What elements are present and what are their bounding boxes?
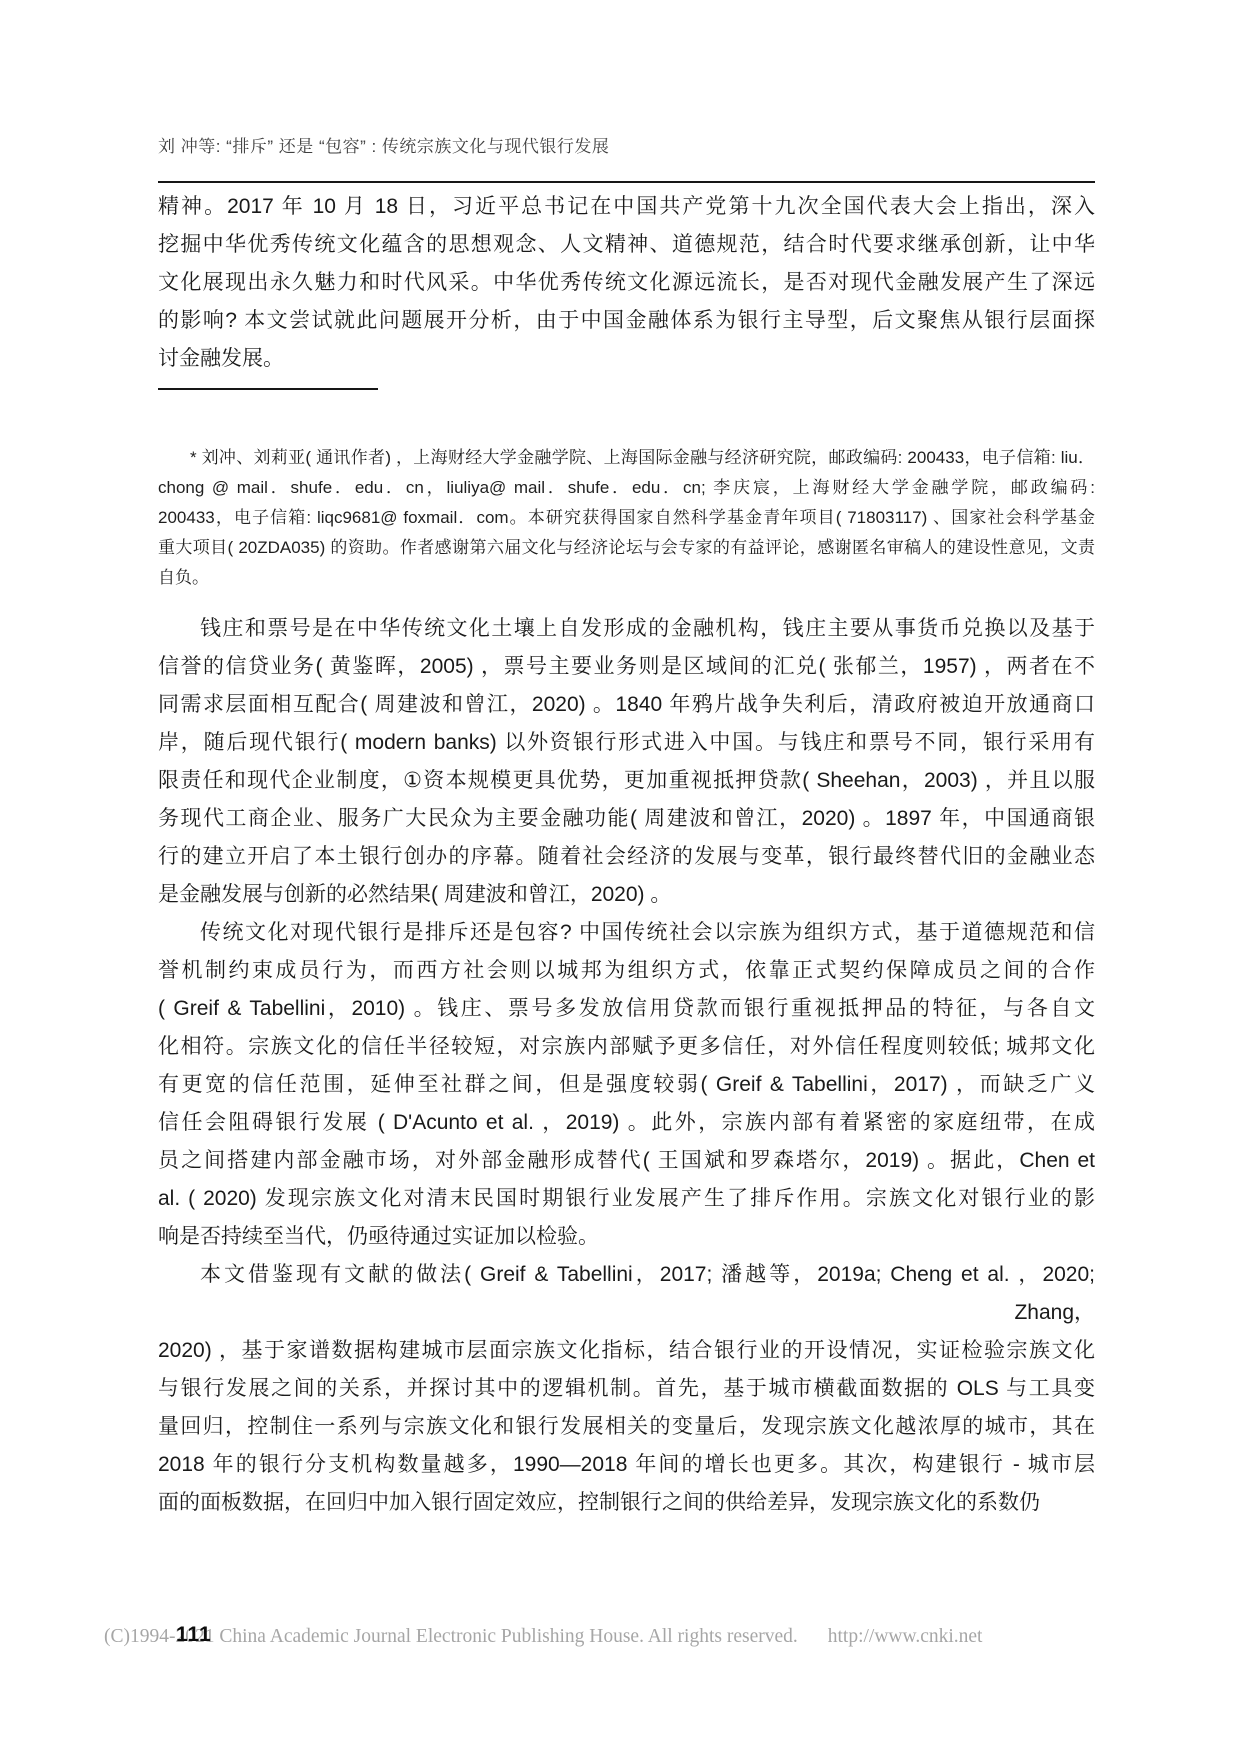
body-line: 量回归，控制住一系列与宗族文化和银行发展相关的变量后，发现宗族文化越浓厚的城市，… [158, 1408, 1095, 1446]
journal-page: 刘 冲等: “排斥” 还是 “包容” : 传统宗族文化与现代银行发展 精神。20… [0, 0, 1240, 1754]
text-line: 精神。2017 年 10 月 18 日，习近平总书记在中国共产党第十九次全国代表… [158, 188, 1095, 226]
body-line: 信誉的信贷业务( 黄鉴晖，2005) ，票号主要业务则是区域间的汇兑( 张郁兰，… [158, 648, 1095, 686]
body-line: 化相符。宗族文化的信任半径较短，对宗族内部赋予更多信任，对外信任程度则较低; 城… [158, 1028, 1095, 1066]
body-line: 传统文化对现代银行是排斥还是包容? 中国传统社会以宗族为组织方式，基于道德规范和… [158, 914, 1095, 952]
footnote-line: 200433，电子信箱: liqc9681@ foxmail．com。本研究获得… [158, 503, 1095, 533]
footnote-block: * 刘冲、刘莉亚( 通讯作者) ，上海财经大学金融学院、上海国际金融与经济研究院… [158, 443, 1095, 593]
body-line: 行的建立开启了本土银行创办的序幕。随着社会经济的发展与变革，银行最终替代旧的金融… [158, 838, 1095, 876]
header-rule [158, 181, 1095, 183]
body-line: ( Greif & Tabellini，2010) 。钱庄、票号多发放信用贷款而… [158, 990, 1095, 1028]
footnote-line: 自负。 [158, 563, 1095, 593]
footnote-separator-rule [158, 388, 378, 390]
intro-paragraph: 精神。2017 年 10 月 18 日，习近平总书记在中国共产党第十九次全国代表… [158, 188, 1095, 378]
body-paragraphs: 钱庄和票号是在中华传统文化土壤上自发形成的金融机构，钱庄主要从事货币兑换以及基于… [158, 610, 1095, 1522]
text-line: 的影响? 本文尝试就此问题展开分析，由于中国金融体系为银行主导型，后文聚焦从银行… [158, 302, 1095, 340]
body-line: 务现代工商企业、服务广大民众为主要金融功能( 周建波和曾江，2020) 。189… [158, 800, 1095, 838]
footnote-line: chong @ mail．shufe．edu．cn，liuliya@ mail．… [158, 473, 1095, 503]
cnki-url: http://www.cnki.net [828, 1626, 983, 1647]
body-line: 岸，随后现代银行( modern banks) 以外资银行形式进入中国。与钱庄和… [158, 724, 1095, 762]
body-line: 有更宽的信任范围，延伸至社群之间，但是强度较弱( Greif & Tabelli… [158, 1066, 1095, 1104]
copyright-line: (C)1994-2021 China Academic Journal Elec… [104, 1626, 1164, 1648]
body-line: 2020) ，基于家谱数据构建城市层面宗族文化指标，结合银行业的开设情况，实证检… [158, 1332, 1095, 1370]
text-line: 讨金融发展。 [158, 340, 1095, 378]
body-line: 限责任和现代企业制度，①资本规模更具优势，更加重视抵押贷款( Sheehan，2… [158, 762, 1095, 800]
body-line: 面的面板数据，在回归中加入银行固定效应，控制银行之间的供给差异，发现宗族文化的系… [158, 1484, 1095, 1522]
body-line: al. ( 2020) 发现宗族文化对清末民国时期银行业发展产生了排斥作用。宗族… [158, 1180, 1095, 1218]
body-line: Zhang， [158, 1294, 1095, 1332]
body-line: 同需求层面相互配合( 周建波和曾江，2020) 。1840 年鸦片战争失利后，清… [158, 686, 1095, 724]
body-line: 与银行发展之间的关系，并探讨其中的逻辑机制。首先，基于城市横截面数据的 OLS … [158, 1370, 1095, 1408]
page-number: 111 [176, 1623, 212, 1647]
body-line: 信任会阻碍银行发展 ( D'Acunto et al. ，2019) 。此外，宗… [158, 1104, 1095, 1142]
body-line: 钱庄和票号是在中华传统文化土壤上自发形成的金融机构，钱庄主要从事货币兑换以及基于 [158, 610, 1095, 648]
footnote-line: * 刘冲、刘莉亚( 通讯作者) ，上海财经大学金融学院、上海国际金融与经济研究院… [158, 443, 1095, 473]
body-line: 员之间搭建内部金融市场，对外部金融形成替代( 王国斌和罗森塔尔，2019) 。据… [158, 1142, 1095, 1180]
text-line: 文化展现出永久魅力和时代风采。中华优秀传统文化源远流长，是否对现代金融发展产生了… [158, 264, 1095, 302]
body-line: 响是否持续至当代，仍亟待通过实证加以检验。 [158, 1218, 1095, 1256]
body-line: 是金融发展与创新的必然结果( 周建波和曾江，2020) 。 [158, 876, 1095, 914]
body-line: 誉机制约束成员行为，而西方社会则以城邦为组织方式，依靠正式契约保障成员之间的合作 [158, 952, 1095, 990]
body-line: 本文借鉴现有文献的做法( Greif & Tabellini，2017; 潘越等… [158, 1256, 1095, 1294]
text-line: 挖掘中华优秀传统文化蕴含的思想观念、人文精神、道德规范，结合时代要求继承创新，让… [158, 226, 1095, 264]
running-header: 刘 冲等: “排斥” 还是 “包容” : 传统宗族文化与现代银行发展 [158, 132, 1095, 157]
footnote-line: 重大项目( 20ZDA035) 的资助。作者感谢第六届文化与经济论坛与会专家的有… [158, 533, 1095, 563]
body-line: 2018 年的银行分支机构数量越多，1990—2018 年间的增长也更多。其次，… [158, 1446, 1095, 1484]
